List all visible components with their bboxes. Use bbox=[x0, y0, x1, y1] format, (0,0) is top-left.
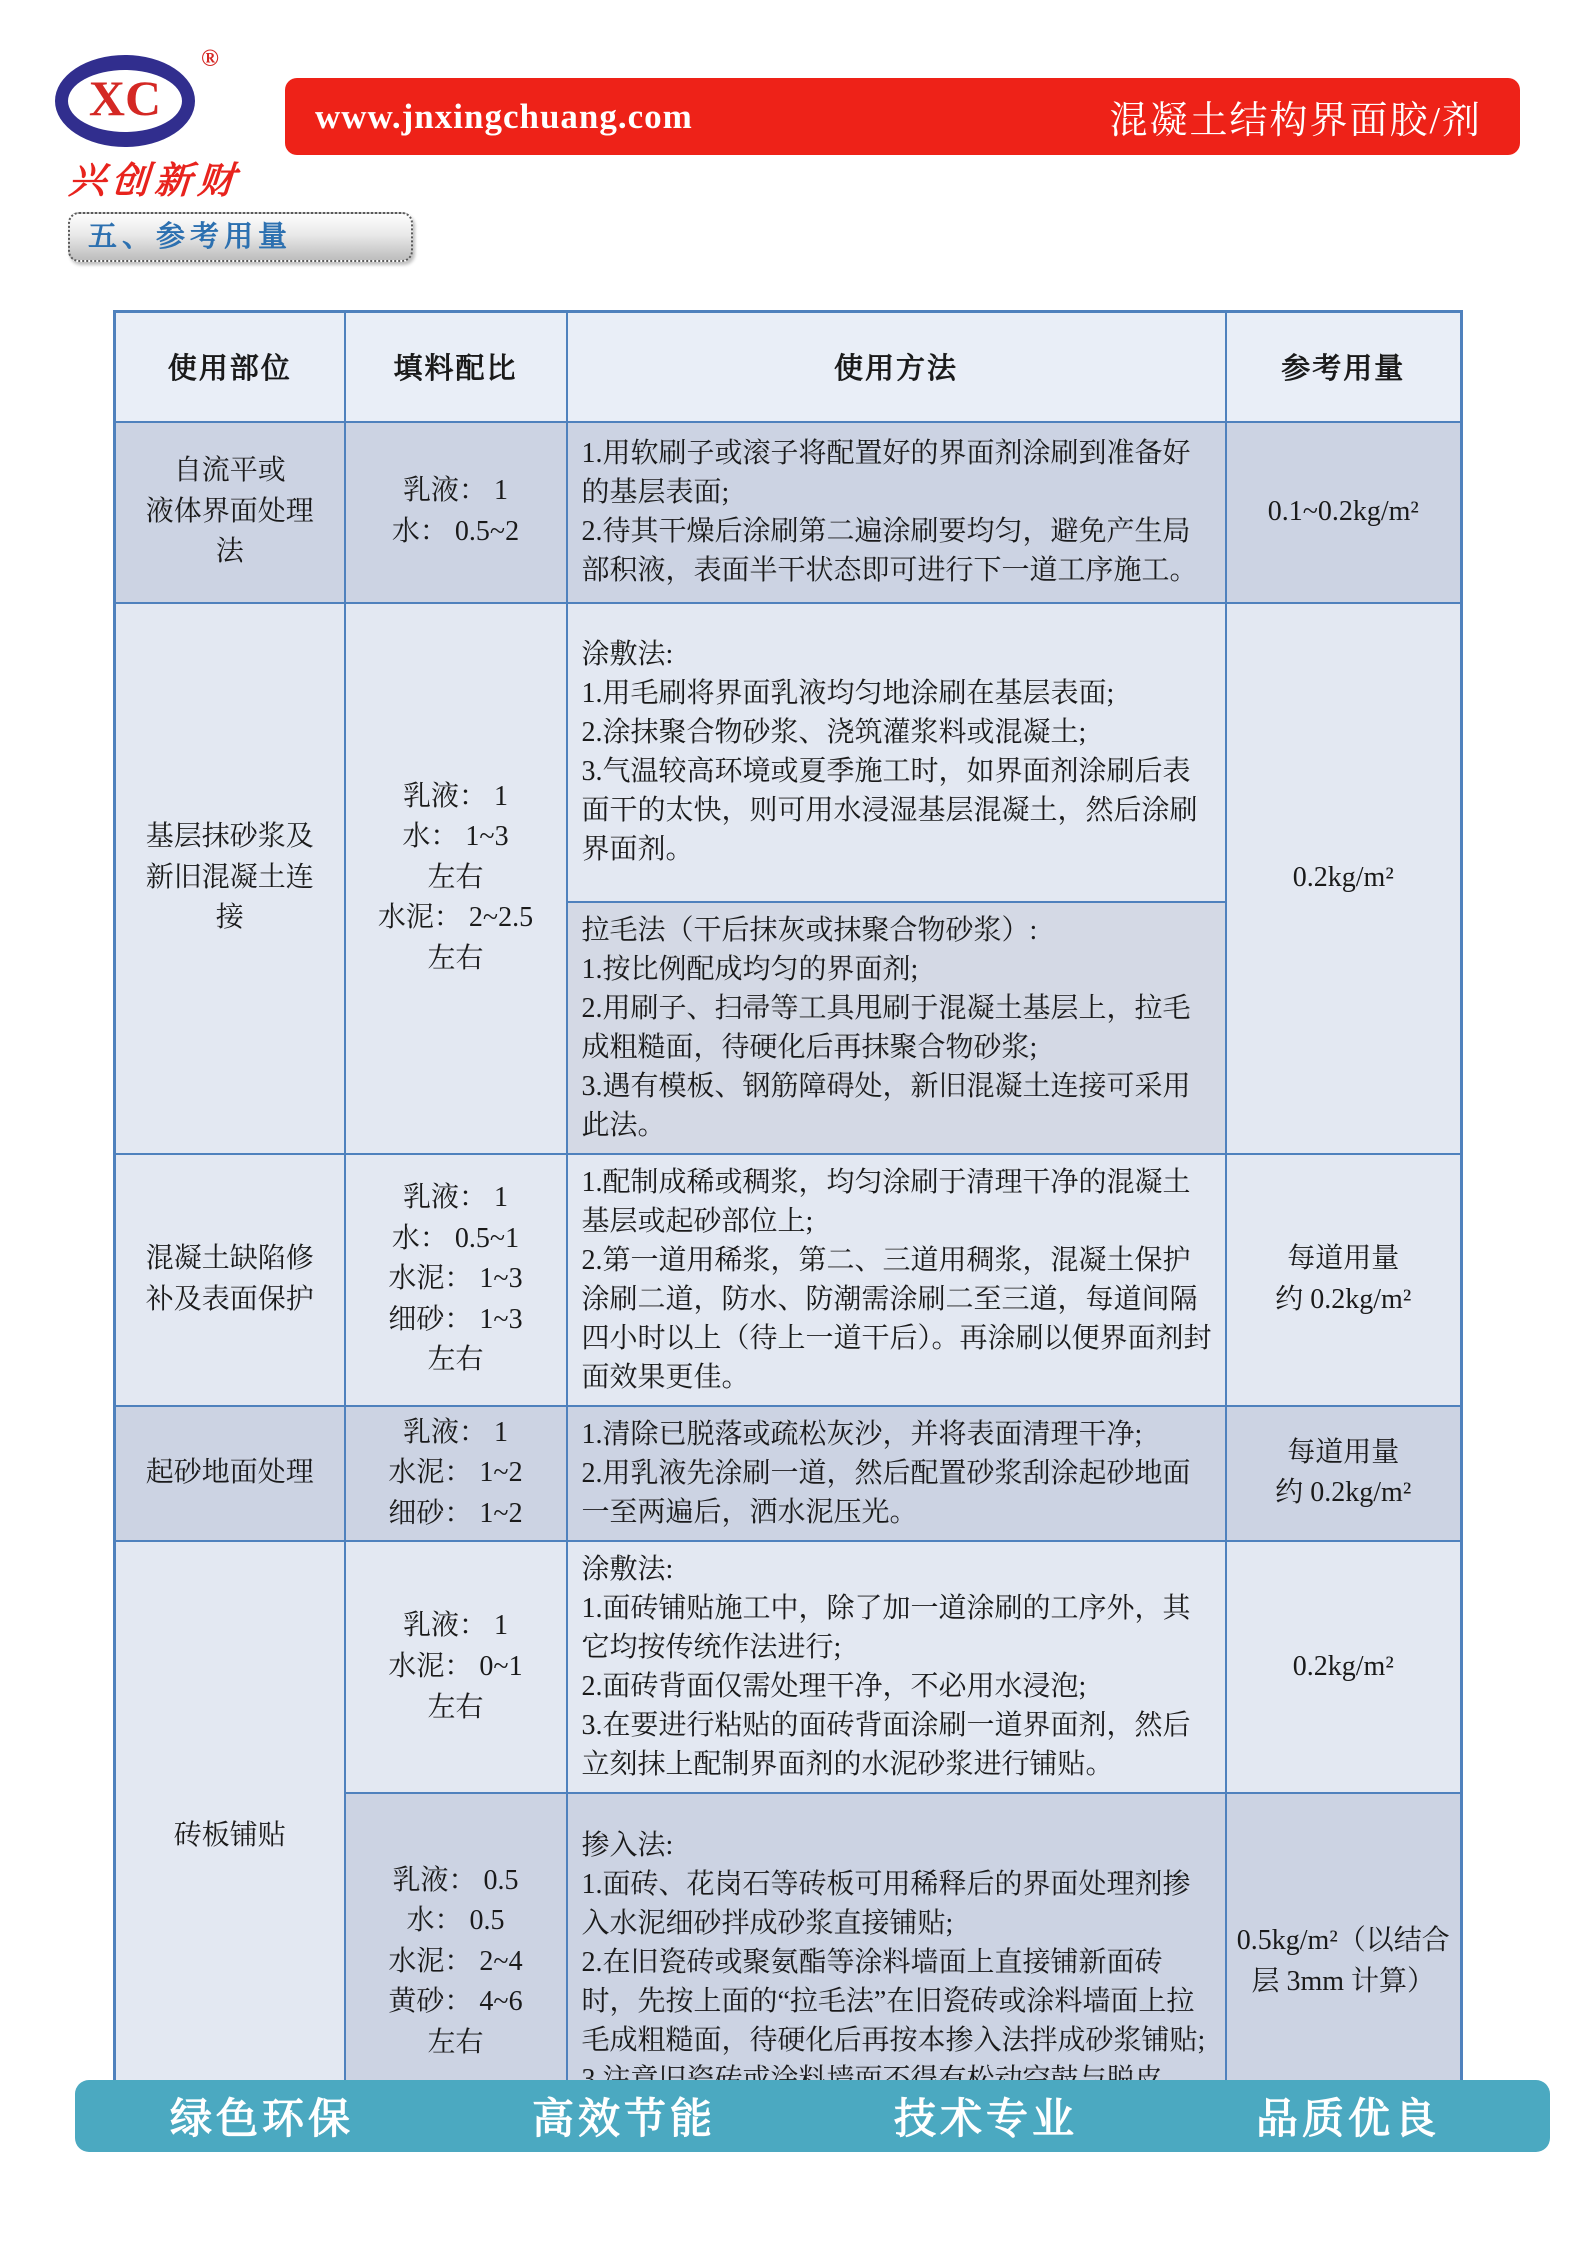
cell-r5-coating-usage: 0.2kg/m² bbox=[1226, 1541, 1462, 1793]
table-row-mortar-coating: 基层抹砂浆及 新旧混凝土连 接 乳液： 1 水： 1~3 左右 水泥： 2~2.… bbox=[115, 603, 1462, 902]
section-title-text: 五、参考用量 bbox=[88, 221, 292, 253]
cell-r2-usage: 0.2kg/m² bbox=[1226, 603, 1462, 1154]
website-url: www.jnxingchuang.com bbox=[315, 97, 693, 137]
cell-r4-part: 起砂地面处理 bbox=[115, 1406, 345, 1542]
section-title: 五、参考用量 bbox=[68, 212, 413, 262]
table-row-defect-repair: 混凝土缺陷修 补及表面保护 乳液： 1 水： 0.5~1 水泥： 1~3 细砂：… bbox=[115, 1154, 1462, 1406]
slogan-green: 绿色环保 bbox=[170, 2086, 354, 2146]
col-header-method: 使用方法 bbox=[567, 312, 1226, 422]
cell-r3-ratio: 乳液： 1 水： 0.5~1 水泥： 1~3 细砂： 1~3 左右 bbox=[345, 1154, 567, 1406]
cell-r1-usage: 0.1~0.2kg/m² bbox=[1226, 422, 1462, 603]
logo-ellipse-icon: XC bbox=[55, 55, 195, 147]
cell-r4-ratio: 乳液： 1 水泥： 1~2 细砂： 1~2 bbox=[345, 1406, 567, 1542]
cell-r2-part: 基层抹砂浆及 新旧混凝土连 接 bbox=[115, 603, 345, 1154]
logo-monogram: XC bbox=[55, 69, 195, 127]
col-header-part: 使用部位 bbox=[115, 312, 345, 422]
slogan-technical: 技术专业 bbox=[894, 2086, 1078, 2146]
cell-r2-method-coating: 涂敷法: 1.用毛刷将界面乳液均匀地涂刷在基层表面; 2.涂抹聚合物砂浆、浇筑灌… bbox=[567, 603, 1226, 902]
cell-r5-part: 砖板铺贴 bbox=[115, 1541, 345, 2131]
cell-r2-method-roughening: 拉毛法（干后抹灰或抹聚合物砂浆）: 1.按比例配成均匀的界面剂; 2.用刷子、扫… bbox=[567, 902, 1226, 1154]
table-row-selfleveling: 自流平或 液体界面处理 法 乳液： 1 水： 0.5~2 1.用软刷子或滚子将配… bbox=[115, 422, 1462, 603]
cell-r5-coating-ratio: 乳液： 1 水泥： 0~1 左右 bbox=[345, 1541, 567, 1793]
table-row-tile-coating: 砖板铺贴 乳液： 1 水泥： 0~1 左右 涂敷法: 1.面砖铺贴施工中，除了加… bbox=[115, 1541, 1462, 1793]
registered-trademark-icon: ® bbox=[201, 46, 219, 73]
table-header-row: 使用部位 填料配比 使用方法 参考用量 bbox=[115, 312, 1462, 422]
cell-r1-part: 自流平或 液体界面处理 法 bbox=[115, 422, 345, 603]
slogan-quality: 品质优良 bbox=[1256, 2086, 1440, 2146]
usage-table: 使用部位 填料配比 使用方法 参考用量 自流平或 液体界面处理 法 乳液： 1 … bbox=[113, 310, 1463, 2133]
table-row-sanding-floor: 起砂地面处理 乳液： 1 水泥： 1~2 细砂： 1~2 1.清除已脱落或疏松灰… bbox=[115, 1406, 1462, 1542]
cell-r1-ratio: 乳液： 1 水： 0.5~2 bbox=[345, 422, 567, 603]
cell-r2-ratio: 乳液： 1 水： 1~3 左右 水泥： 2~2.5 左右 bbox=[345, 603, 567, 1154]
product-name: 混凝土结构界面胶/剂 bbox=[1109, 89, 1482, 144]
top-banner: www.jnxingchuang.com 混凝土结构界面胶/剂 bbox=[285, 78, 1520, 155]
footer-banner: 绿色环保 高效节能 技术专业 品质优良 bbox=[75, 2080, 1550, 2152]
col-header-usage: 参考用量 bbox=[1226, 312, 1462, 422]
col-header-ratio: 填料配比 bbox=[345, 312, 567, 422]
cell-r3-usage: 每道用量 约 0.2kg/m² bbox=[1226, 1154, 1462, 1406]
cell-r5-coating-method: 涂敷法: 1.面砖铺贴施工中，除了加一道涂刷的工序外，其它均按传统作法进行; 2… bbox=[567, 1541, 1226, 1793]
company-name: 兴创新财 bbox=[38, 150, 272, 204]
cell-r1-method: 1.用软刷子或滚子将配置好的界面剂涂刷到准备好的基层表面; 2.待其干燥后涂刷第… bbox=[567, 422, 1226, 603]
cell-r3-part: 混凝土缺陷修 补及表面保护 bbox=[115, 1154, 345, 1406]
cell-r4-usage: 每道用量 约 0.2kg/m² bbox=[1226, 1406, 1462, 1542]
cell-r3-method: 1.配制成稀或稠浆，均匀涂刷于清理干净的混凝土基层或起砂部位上; 2.第一道用稀… bbox=[567, 1154, 1226, 1406]
slogan-efficient: 高效节能 bbox=[532, 2086, 716, 2146]
cell-r4-method: 1.清除已脱落或疏松灰沙，并将表面清理干净; 2.用乳液先涂刷一道，然后配置砂浆… bbox=[567, 1406, 1226, 1542]
